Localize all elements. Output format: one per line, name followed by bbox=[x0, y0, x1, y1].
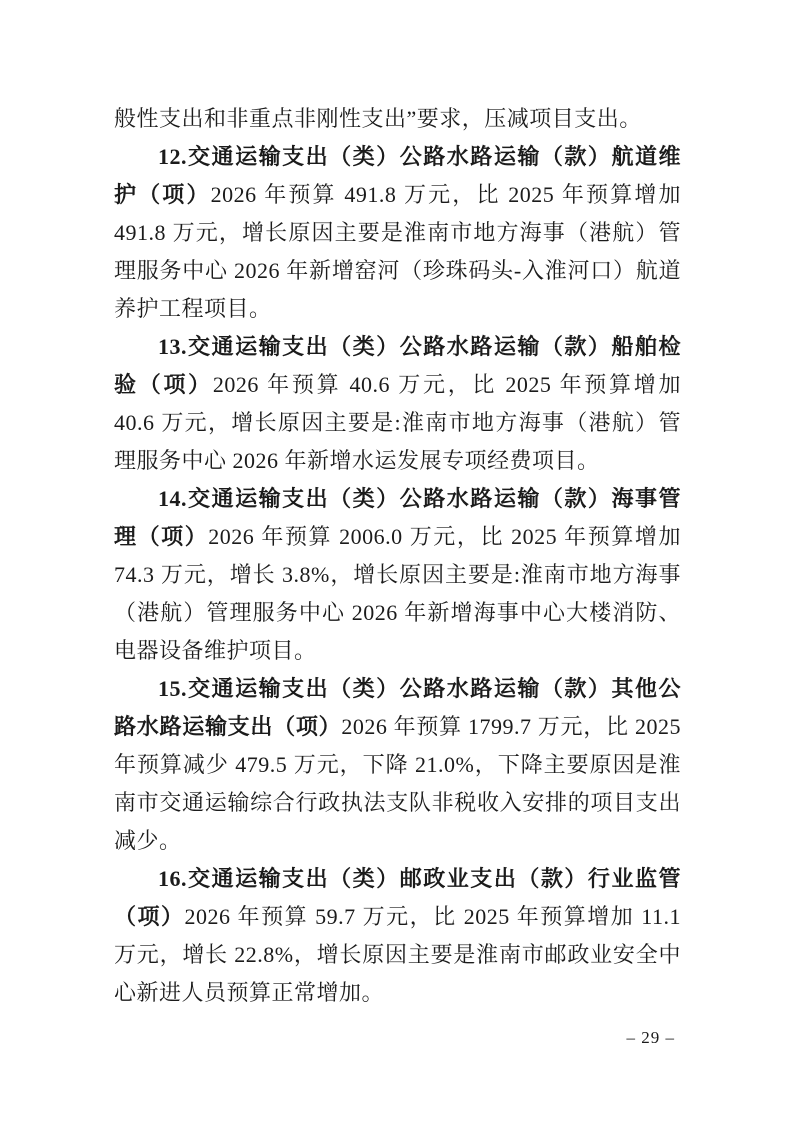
paragraph-item-13: 13.交通运输支出（类）公路水路运输（款）船舶检验（项）2026 年预算 40.… bbox=[114, 328, 681, 480]
document-body: 般性支出和非重点非刚性支出”要求，压减项目支出。 12.交通运输支出（类）公路水… bbox=[114, 100, 681, 1012]
paragraph-item-15: 15.交通运输支出（类）公路水路运输（款）其他公路水路运输支出（项）2026 年… bbox=[114, 670, 681, 860]
paragraph-item-16: 16.交通运输支出（类）邮政业支出（款）行业监管（项）2026 年预算 59.7… bbox=[114, 860, 681, 1012]
paragraph-continuation: 般性支出和非重点非刚性支出”要求，压减项目支出。 bbox=[114, 100, 681, 138]
page-number: – 29 – bbox=[627, 1028, 676, 1048]
paragraph-item-14: 14.交通运输支出（类）公路水路运输（款）海事管理（项）2026 年预算 200… bbox=[114, 480, 681, 670]
paragraph-continuation-text: 般性支出和非重点非刚性支出”要求，压减项目支出。 bbox=[114, 106, 642, 131]
paragraph-item-12: 12.交通运输支出（类）公路水路运输（款）航道维护（项）2026 年预算 491… bbox=[114, 138, 681, 328]
item-16-body-text: 2026 年预算 59.7 万元，比 2025 年预算增加 11.1 万元，增长… bbox=[114, 904, 681, 1005]
document-page: 般性支出和非重点非刚性支出”要求，压减项目支出。 12.交通运输支出（类）公路水… bbox=[0, 0, 793, 1122]
